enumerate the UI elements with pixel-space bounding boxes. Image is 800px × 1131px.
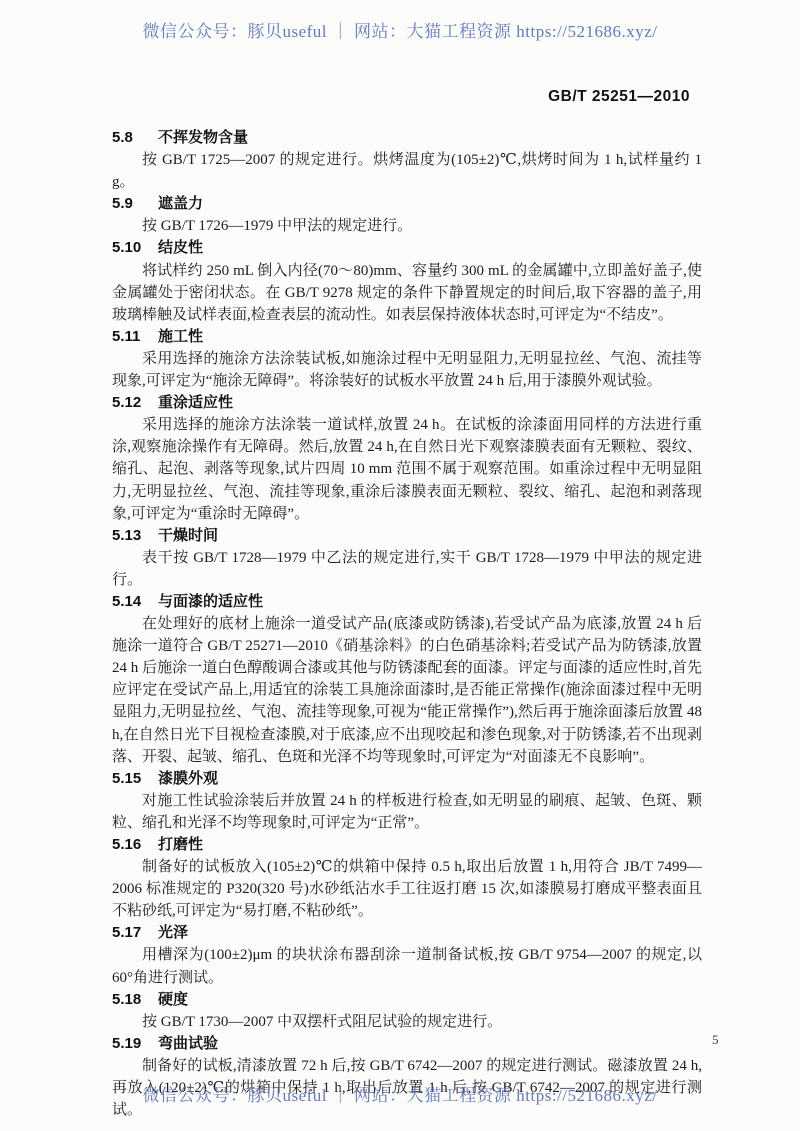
section-number: 5.16	[112, 834, 146, 856]
document-page: 微信公众号：豚贝useful ｜ 网站：大猫工程资源 https://52168…	[0, 0, 800, 1131]
section-body: 将试样约 250 mL 倒入内径(70～80)mm、容量约 300 mL 的金属…	[112, 260, 702, 326]
page-number: 5	[712, 1032, 719, 1048]
section-heading: 5.18硬度	[112, 989, 702, 1011]
section-title: 硬度	[158, 991, 188, 1008]
section-5-10: 5.10结皮性 将试样约 250 mL 倒入内径(70～80)mm、容量约 30…	[112, 237, 702, 325]
section-5-13: 5.13干燥时间 表干按 GB/T 1728—1979 中乙法的规定进行,实干 …	[112, 525, 702, 591]
section-number: 5.10	[112, 237, 146, 259]
section-heading: 5.10结皮性	[112, 237, 702, 259]
section-body: 在处理好的底材上施涂一道受试产品(底漆或防锈漆),若受试产品为底漆,放置 24 …	[112, 613, 702, 768]
section-body: 用槽深为(100±2)μm 的块状涂布器刮涂一道制备试板,按 GB/T 9754…	[112, 944, 702, 988]
section-title: 重涂适应性	[158, 394, 233, 411]
section-title: 遮盖力	[158, 195, 203, 212]
section-body: 按 GB/T 1725—2007 的规定进行。烘烤温度为(105±2)℃,烘烤时…	[112, 149, 702, 193]
section-heading: 5.15漆膜外观	[112, 768, 702, 790]
section-5-11: 5.11施工性 采用选择的施涂方法涂装试板,如施涂过程中无明显阻力,无明显拉丝、…	[112, 326, 702, 392]
section-5-19: 5.19弯曲试验 制备好的试板,清漆放置 72 h 后,按 GB/T 6742—…	[112, 1033, 702, 1121]
section-5-12: 5.12重涂适应性 采用选择的施涂方法涂装一道试样,放置 24 h。在试板的涂漆…	[112, 392, 702, 525]
section-title: 漆膜外观	[158, 770, 218, 787]
section-number: 5.8	[112, 127, 146, 149]
section-heading: 5.11施工性	[112, 326, 702, 348]
section-number: 5.13	[112, 525, 146, 547]
section-body: 表干按 GB/T 1728—1979 中乙法的规定进行,实干 GB/T 1728…	[112, 547, 702, 591]
section-body: 按 GB/T 1726—1979 中甲法的规定进行。	[112, 215, 702, 237]
section-5-8: 5.8不挥发物含量 按 GB/T 1725—2007 的规定进行。烘烤温度为(1…	[112, 127, 702, 193]
section-5-18: 5.18硬度 按 GB/T 1730—2007 中双摆杆式阻尼试验的规定进行。	[112, 989, 702, 1033]
section-number: 5.14	[112, 591, 146, 613]
section-body: 采用选择的施涂方法涂装一道试样,放置 24 h。在试板的涂漆面用同样的方法进行重…	[112, 414, 702, 524]
section-heading: 5.13干燥时间	[112, 525, 702, 547]
section-5-16: 5.16打磨性 制备好的试板放入(105±2)℃的烘箱中保持 0.5 h,取出后…	[112, 834, 702, 922]
document-content: 5.8不挥发物含量 按 GB/T 1725—2007 的规定进行。烘烤温度为(1…	[112, 127, 702, 1121]
section-number: 5.19	[112, 1033, 146, 1055]
standard-number: GB/T 25251—2010	[548, 88, 690, 106]
section-body: 采用选择的施涂方法涂装试板,如施涂过程中无明显阻力,无明显拉丝、气泡、流挂等现象…	[112, 348, 702, 392]
section-5-9: 5.9遮盖力 按 GB/T 1726—1979 中甲法的规定进行。	[112, 193, 702, 237]
section-body: 按 GB/T 1730—2007 中双摆杆式阻尼试验的规定进行。	[112, 1011, 702, 1033]
section-number: 5.9	[112, 193, 146, 215]
section-number: 5.12	[112, 392, 146, 414]
section-heading: 5.19弯曲试验	[112, 1033, 702, 1055]
section-title: 结皮性	[158, 239, 203, 256]
section-number: 5.18	[112, 989, 146, 1011]
section-5-17: 5.17光泽 用槽深为(100±2)μm 的块状涂布器刮涂一道制备试板,按 GB…	[112, 922, 702, 988]
section-5-14: 5.14与面漆的适应性 在处理好的底材上施涂一道受试产品(底漆或防锈漆),若受试…	[112, 591, 702, 768]
section-title: 打磨性	[158, 836, 203, 853]
section-5-15: 5.15漆膜外观 对施工性试验涂装后并放置 24 h 的样板进行检查,如无明显的…	[112, 768, 702, 834]
section-title: 施工性	[158, 328, 203, 345]
section-heading: 5.17光泽	[112, 922, 702, 944]
section-heading: 5.12重涂适应性	[112, 392, 702, 414]
section-title: 光泽	[158, 924, 188, 941]
section-body: 制备好的试板放入(105±2)℃的烘箱中保持 0.5 h,取出后放置 1 h,用…	[112, 856, 702, 922]
section-number: 5.17	[112, 922, 146, 944]
watermark-header: 微信公众号：豚贝useful ｜ 网站：大猫工程资源 https://52168…	[0, 17, 800, 42]
section-title: 与面漆的适应性	[158, 593, 263, 610]
section-title: 干燥时间	[158, 527, 218, 544]
section-heading: 5.8不挥发物含量	[112, 127, 702, 149]
section-heading: 5.16打磨性	[112, 834, 702, 856]
section-heading: 5.9遮盖力	[112, 193, 702, 215]
section-title: 不挥发物含量	[158, 129, 248, 146]
section-title: 弯曲试验	[158, 1035, 218, 1052]
section-number: 5.15	[112, 768, 146, 790]
watermark-footer: 微信公众号：豚贝useful ｜ 网站：大猫工程资源 https://52168…	[0, 1081, 800, 1106]
section-number: 5.11	[112, 326, 146, 348]
section-heading: 5.14与面漆的适应性	[112, 591, 702, 613]
section-body: 对施工性试验涂装后并放置 24 h 的样板进行检查,如无明显的刷痕、起皱、色斑、…	[112, 790, 702, 834]
